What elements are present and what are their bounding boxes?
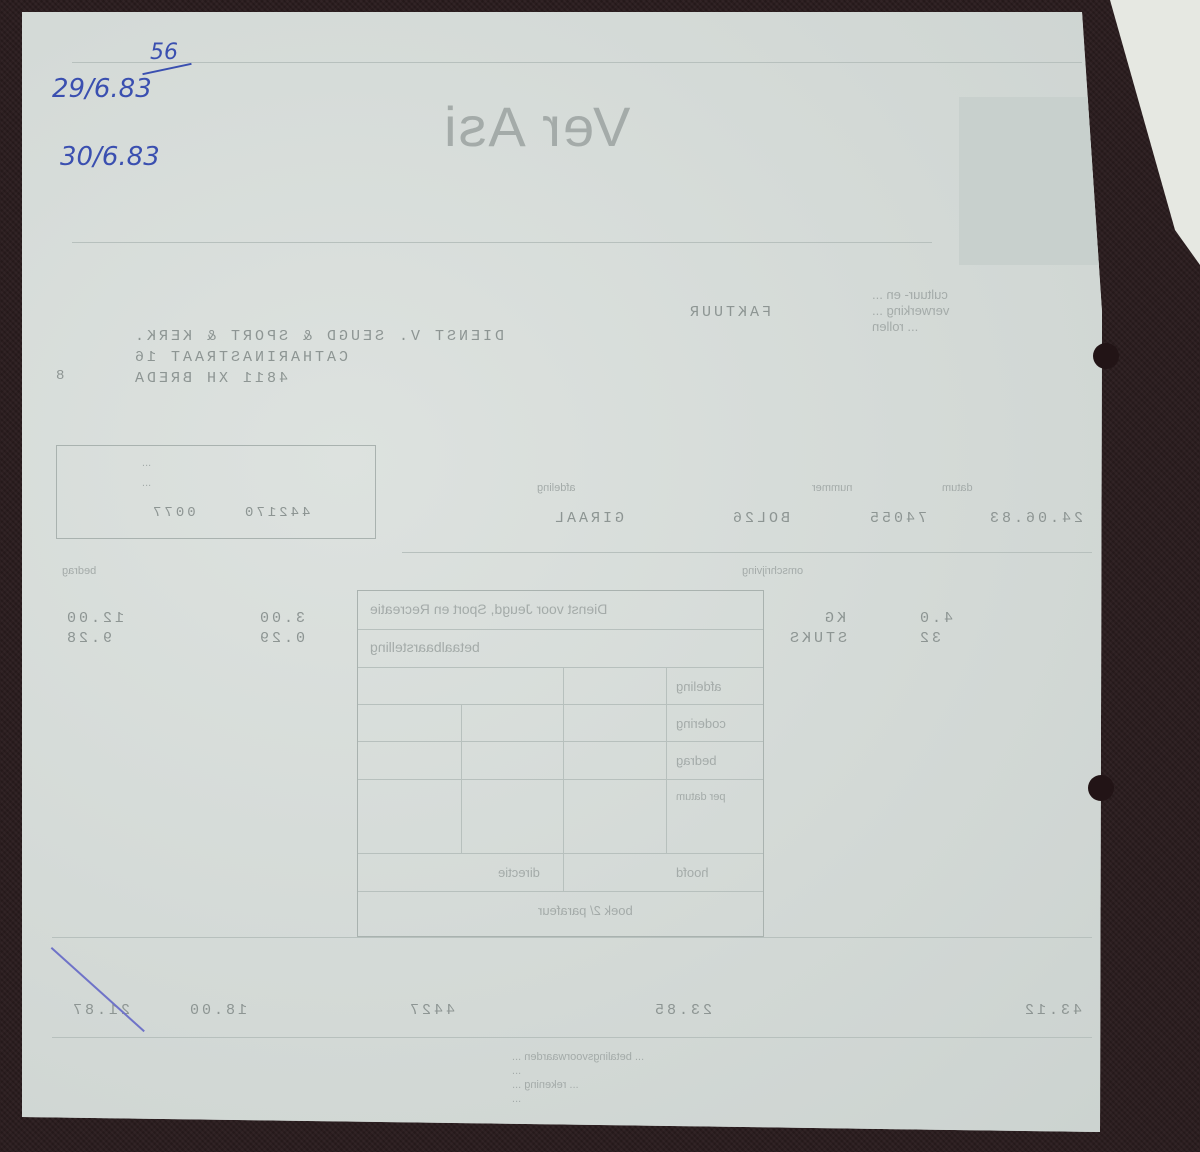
item-amount: 12.00 xyxy=(64,610,124,627)
logo-mark xyxy=(959,97,1099,265)
stamp-vrule xyxy=(461,704,462,854)
item-unit: STUKS xyxy=(787,630,847,647)
stamp-row-label: afdeling xyxy=(676,679,722,694)
info-label: ... xyxy=(142,457,151,469)
footer-line: ... rekening ... xyxy=(512,1078,1102,1092)
items-header-amount: bedrag xyxy=(62,565,96,577)
sender-line: verwerking ... xyxy=(872,303,949,319)
meta-value: BOL26 xyxy=(730,510,790,527)
stamp-row-label: boek 2/ parafeur xyxy=(538,903,633,918)
addressee-marker: 8 xyxy=(56,368,67,384)
addressee-block: DIENST V. SEUGD & SPORT & KERK. CATHARIN… xyxy=(132,326,504,389)
stamp-footer-label: directie xyxy=(498,865,540,880)
info-box xyxy=(56,445,376,539)
stamp-row-label: per datum xyxy=(676,791,726,803)
total-value: 18.00 xyxy=(187,1002,247,1019)
item-qty: 32 xyxy=(917,630,941,647)
pen-stroke xyxy=(51,947,145,1032)
meta-label: nummer xyxy=(812,482,852,494)
punch-hole xyxy=(1093,343,1119,369)
item-qty: 4.0 xyxy=(917,610,953,627)
items-header: omschrijving xyxy=(742,565,803,577)
header-rule xyxy=(72,62,1082,63)
sender-block: cultuur- en ... verwerking ... ... rolle… xyxy=(872,287,949,335)
total-value: 43.12 xyxy=(1022,1002,1082,1019)
footer-line: ... xyxy=(512,1092,1102,1106)
brand-mirrored: Ver Asi xyxy=(442,94,630,159)
stamp-subtitle: betaalbaarstelling xyxy=(370,639,480,655)
stamp-rule xyxy=(358,741,763,742)
handwritten-number: 56 xyxy=(150,40,178,65)
item-price: 3.00 xyxy=(257,610,305,627)
header-bottom-rule xyxy=(72,242,932,243)
meta-label: afdeling xyxy=(537,482,576,494)
handwritten-date-2: 30/6.83 xyxy=(60,142,160,172)
totals-bottom-rule xyxy=(52,1037,1092,1038)
addressee-line: CATHARINASTRAAT 16 xyxy=(132,347,504,368)
stamp-rule xyxy=(358,853,763,854)
document-title: FAKTUUR xyxy=(687,304,771,321)
stamp-rule xyxy=(358,779,763,780)
handwritten-date-1: 29/6.83 xyxy=(52,74,152,104)
stamp-rule xyxy=(358,891,763,892)
meta-value: 74055 xyxy=(867,510,927,527)
approval-stamp: Dienst voor Jeugd, Sport en Recreatie be… xyxy=(357,590,764,937)
meta-label: datum xyxy=(942,482,973,494)
addressee-line: 4811 XH BREDA xyxy=(132,368,504,389)
stamp-vrule xyxy=(563,667,564,891)
totals-rule xyxy=(52,937,1092,938)
meta-value: GIRAAL xyxy=(552,510,624,527)
meta-rule xyxy=(402,552,1092,553)
stamp-title: Dienst voor Jeugd, Sport en Recreatie xyxy=(370,601,607,617)
total-value: 23.85 xyxy=(652,1002,712,1019)
stamp-row-label: bedrag xyxy=(676,753,716,768)
stamp-vrule xyxy=(666,667,667,853)
sender-line: cultuur- en ... xyxy=(872,287,949,303)
invoice-paper: Ver Asi cultuur- en ... verwerking ... .… xyxy=(22,12,1102,1132)
info-label: ... xyxy=(142,477,151,489)
stamp-footer-label: hoofd xyxy=(676,865,709,880)
folded-corner xyxy=(1080,0,1200,280)
info-value: 442170 xyxy=(242,505,310,521)
stamp-rule xyxy=(358,667,763,668)
meta-value: 24.06.83 xyxy=(987,510,1083,527)
item-amount: 9.28 xyxy=(64,630,112,647)
footer-line: ... xyxy=(512,1064,1102,1078)
footer-line: ... betalingsvoorwaarden ... xyxy=(512,1050,1102,1064)
info-value: 0077 xyxy=(150,505,196,521)
stamp-row-label: codering xyxy=(676,716,726,731)
sender-line: ... rollen xyxy=(872,319,949,335)
addressee-line: DIENST V. SEUGD & SPORT & KERK. xyxy=(132,326,504,347)
item-unit: KG xyxy=(822,610,846,627)
footer-terms: ... betalingsvoorwaarden ... ... ... rek… xyxy=(512,1050,1102,1106)
stamp-rule xyxy=(358,704,763,705)
item-price: 0.29 xyxy=(257,630,305,647)
punch-hole xyxy=(1088,775,1114,801)
total-value: 4427 xyxy=(407,1002,455,1019)
stamp-rule xyxy=(358,629,763,630)
